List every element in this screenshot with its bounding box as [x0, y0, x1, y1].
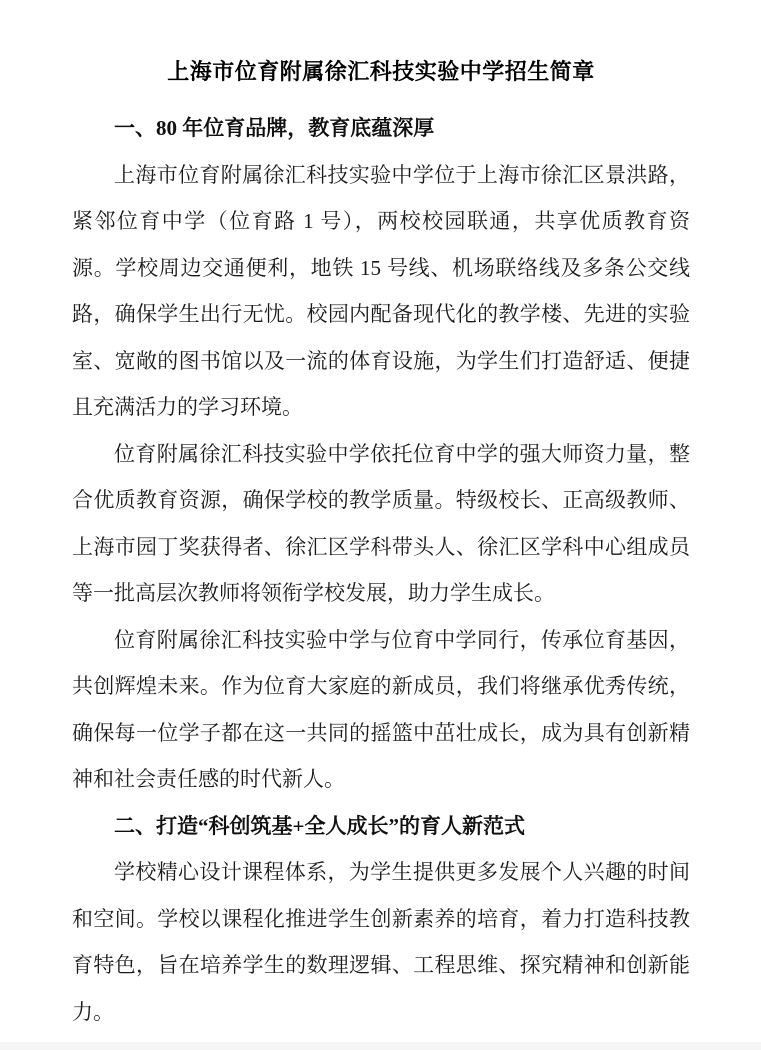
paragraph-line: 等一批高层次教师将领衔学校发展，助力学生成长。 — [72, 570, 690, 617]
document-page: 上海市位育附属徐汇科技实验中学招生简章 一、80 年位育品牌，教育底蕴深厚 上海… — [0, 0, 761, 1050]
paragraph-line: 神和社会责任感的时代新人。 — [72, 756, 690, 803]
paragraph-line: 位育附属徐汇科技实验中学依托位育中学的强大师资力量，整 — [72, 431, 690, 478]
section-2-heading: 二、打造“科创筑基+全人成长”的育人新范式 — [72, 803, 690, 850]
paragraph-line: 力。 — [72, 989, 690, 1036]
paragraph-line: 上海市园丁奖获得者、徐汇区学科带头人、徐汇区学科中心组成员 — [72, 524, 690, 571]
paragraph: 位育附属徐汇科技实验中学依托位育中学的强大师资力量，整 合优质教育资源，确保学校… — [72, 431, 690, 617]
paragraph-line: 合优质教育资源，确保学校的教学质量。特级校长、正高级教师、 — [72, 477, 690, 524]
paragraph-line: 位育附属徐汇科技实验中学与位育中学同行，传承位育基因， — [72, 617, 690, 664]
paragraph-line: 源。学校周边交通便利，地铁 15 号线、机场联络线及多条公交线 — [72, 245, 690, 292]
paragraph-line: 紧邻位育中学（位育路 1 号），两校校园联通，共享优质教育资 — [72, 198, 690, 245]
document-title: 上海市位育附属徐汇科技实验中学招生简章 — [72, 52, 690, 92]
paragraph-line: 路，确保学生出行无忧。校园内配备现代化的教学楼、先进的实验 — [72, 291, 690, 338]
paragraph-line: 室、宽敞的图书馆以及一流的体育设施，为学生们打造舒适、便捷 — [72, 338, 690, 385]
paragraph-line: 共创辉煌未来。作为位育大家庭的新成员，我们将继承优秀传统， — [72, 663, 690, 710]
paragraph-line: 育特色，旨在培养学生的数理逻辑、工程思维、探究精神和创新能 — [72, 942, 690, 989]
paragraph-line: 和空间。学校以课程化推进学生创新素养的培育，着力打造科技教 — [72, 896, 690, 943]
paragraph-line: 上海市位育附属徐汇科技实验中学位于上海市徐汇区景洪路， — [72, 152, 690, 199]
section-1-heading: 一、80 年位育品牌，教育底蕴深厚 — [72, 105, 690, 152]
paragraph-line: 且充满活力的学习环境。 — [72, 384, 690, 431]
paragraph-line: 确保每一位学子都在这一共同的摇篮中茁壮成长，成为具有创新精 — [72, 710, 690, 757]
paragraph: 学校精心设计课程体系，为学生提供更多发展个人兴趣的时间 和空间。学校以课程化推进… — [72, 849, 690, 1035]
paragraph: 位育附属徐汇科技实验中学与位育中学同行，传承位育基因， 共创辉煌未来。作为位育大… — [72, 617, 690, 803]
paragraph: 上海市位育附属徐汇科技实验中学位于上海市徐汇区景洪路， 紧邻位育中学（位育路 1… — [72, 152, 690, 431]
document-content: 上海市位育附属徐汇科技实验中学招生简章 一、80 年位育品牌，教育底蕴深厚 上海… — [72, 52, 690, 1035]
page-bottom-edge — [0, 1042, 761, 1050]
paragraph-line: 学校精心设计课程体系，为学生提供更多发展个人兴趣的时间 — [72, 849, 690, 896]
